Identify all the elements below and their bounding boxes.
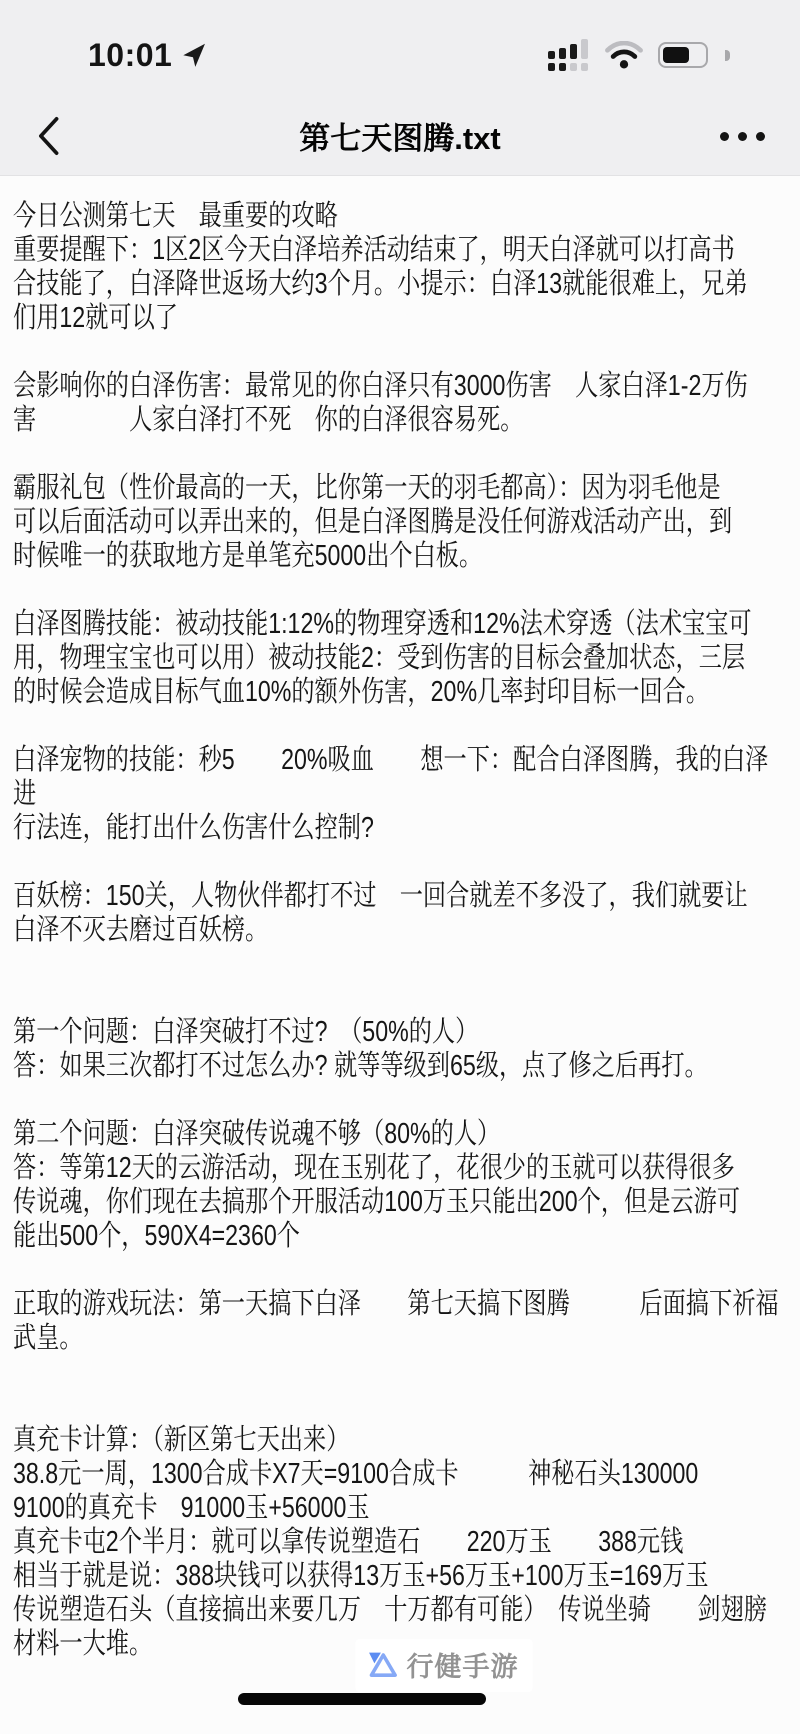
- back-button[interactable]: [18, 104, 78, 168]
- ellipsis-icon: [738, 132, 747, 141]
- document-text: 今日公测第七天 最重要的攻略 重要提醒下：1区2区今天白泽培养活动结束了，明天白…: [13, 199, 787, 1661]
- location-arrow-icon: [181, 42, 207, 68]
- clock: 10:01: [88, 37, 172, 74]
- status-bar: 10:01: [0, 0, 800, 96]
- header: 10:01: [0, 0, 800, 176]
- more-button[interactable]: [710, 110, 774, 162]
- status-left: 10:01: [88, 37, 207, 74]
- ellipsis-icon: [756, 132, 765, 141]
- chevron-left-icon: [36, 116, 60, 156]
- file-preview-screen: 10:01: [0, 0, 800, 1734]
- cellular-signal-icon: [548, 39, 590, 71]
- status-icons: [548, 39, 730, 71]
- triangle-brand-logo-icon: [366, 1650, 398, 1679]
- brand-watermark: 行健手游: [356, 1639, 533, 1692]
- battery-fill: [663, 47, 690, 63]
- document-viewer[interactable]: 今日公测第七天 最重要的攻略 重要提醒下：1区2区今天白泽培养活动结束了，明天白…: [0, 177, 800, 1734]
- brand-name: 行健手游: [407, 1645, 519, 1684]
- ellipsis-icon: [720, 132, 729, 141]
- home-indicator[interactable]: [238, 1693, 486, 1705]
- wifi-icon: [605, 41, 643, 69]
- battery-nub: [725, 50, 730, 61]
- page-title: 第七天图腾.txt: [0, 113, 800, 158]
- nav-bar: 第七天图腾.txt: [0, 96, 800, 175]
- battery-icon: [658, 42, 708, 68]
